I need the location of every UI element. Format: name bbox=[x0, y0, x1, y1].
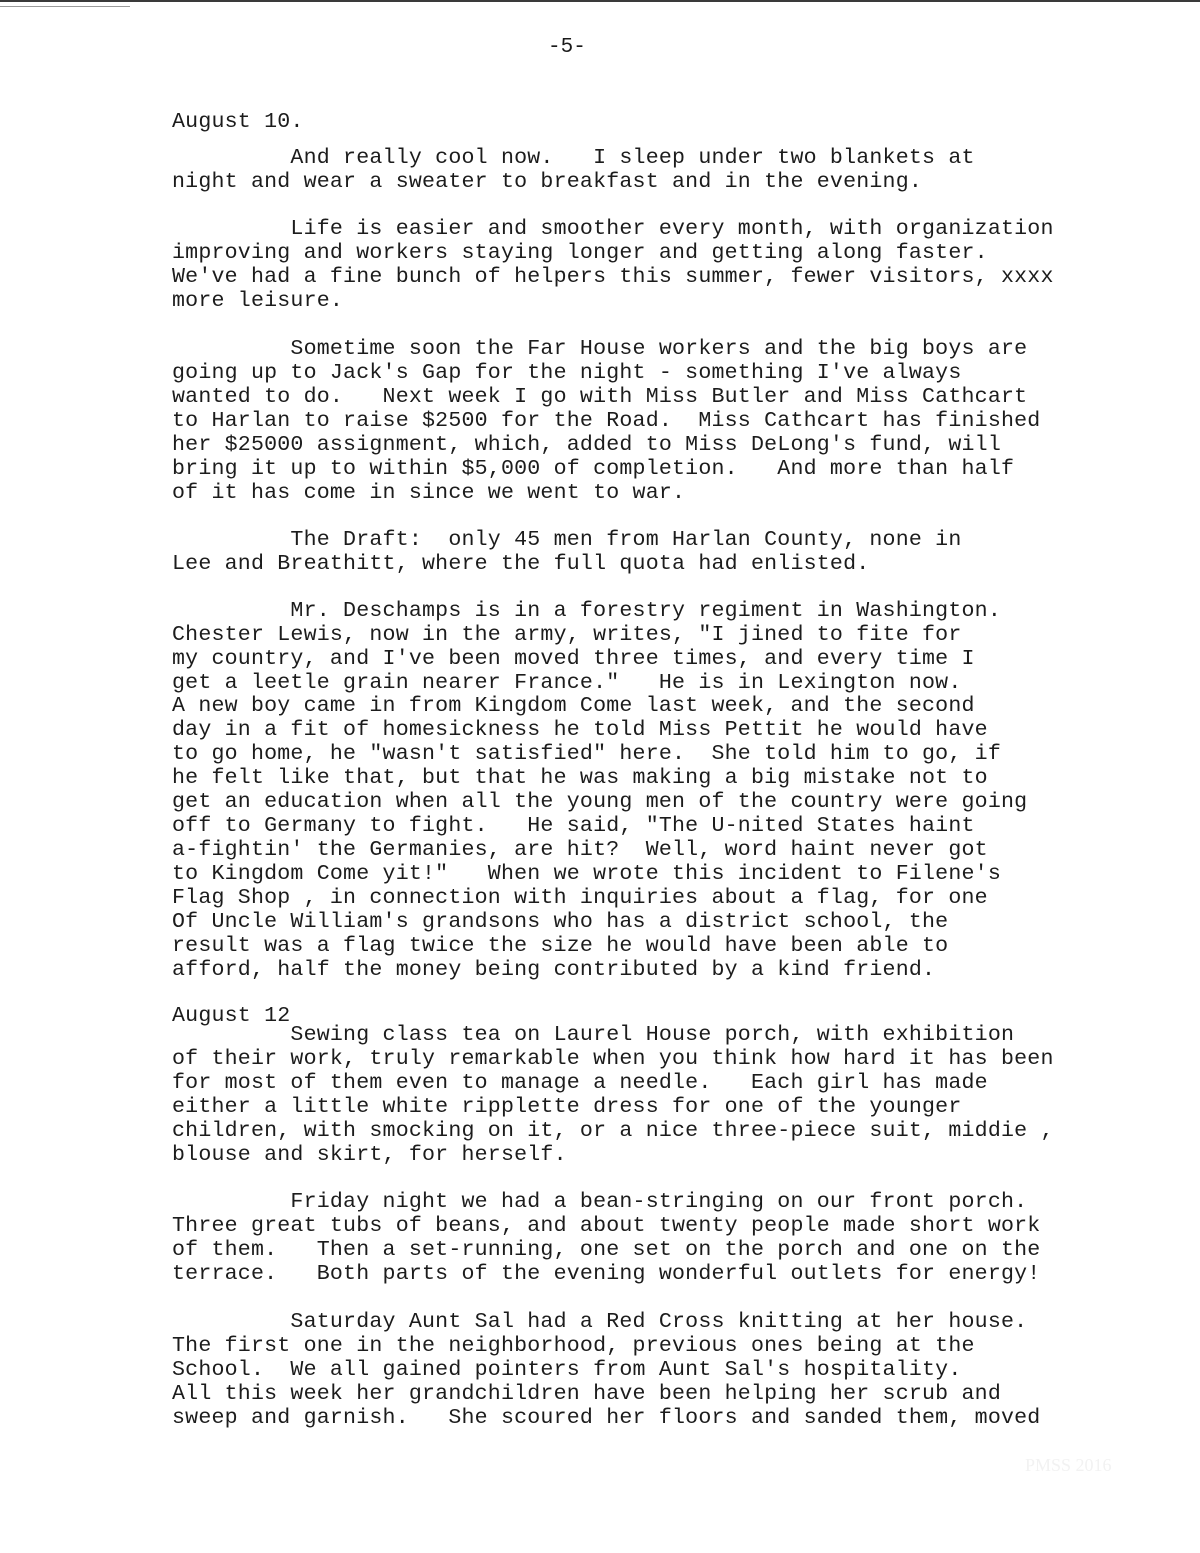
text-line: result was a flag twice the size he woul… bbox=[172, 934, 948, 958]
text-line: my country, and I've been moved three ti… bbox=[172, 647, 975, 671]
text-line: a-fightin' the Germanies, are hit? Well,… bbox=[172, 838, 988, 862]
text-line: her $25000 assignment, which, added to M… bbox=[172, 433, 1001, 457]
text-line: Saturday Aunt Sal had a Red Cross knitti… bbox=[172, 1310, 1027, 1334]
text-line: to Kingdom Come yit!" When we wrote this… bbox=[172, 862, 1001, 886]
text-line: Friday night we had a bean-stringing on … bbox=[172, 1190, 1027, 1214]
text-line: night and wear a sweater to breakfast an… bbox=[172, 170, 922, 194]
text-line: for most of them even to manage a needle… bbox=[172, 1071, 988, 1095]
text-line: he felt like that, but that he was makin… bbox=[172, 766, 988, 790]
text-line: We've had a fine bunch of helpers this s… bbox=[172, 265, 1054, 289]
text-line: improving and workers staying longer and… bbox=[172, 241, 988, 265]
text-line: children, with smocking on it, or a nice… bbox=[172, 1119, 1054, 1143]
text-line: terrace. Both parts of the evening wonde… bbox=[172, 1262, 1040, 1286]
text-line: Sewing class tea on Laurel House porch, … bbox=[172, 1023, 1014, 1047]
text-line: August 10. bbox=[172, 110, 304, 134]
text-line: get a leetle grain nearer France." He is… bbox=[172, 671, 962, 695]
text-line: blouse and skirt, for herself. bbox=[172, 1143, 567, 1167]
text-line: of them. Then a set-running, one set on … bbox=[172, 1238, 1040, 1262]
text-line: afford, half the money being contributed… bbox=[172, 958, 935, 982]
text-line: going up to Jack's Gap for the night - s… bbox=[172, 361, 962, 385]
text-line: And really cool now. I sleep under two b… bbox=[172, 146, 975, 170]
text-line: Life is easier and smoother every month,… bbox=[172, 217, 1054, 241]
text-line: A new boy came in from Kingdom Come last… bbox=[172, 694, 975, 718]
text-line: The first one in the neighborhood, previ… bbox=[172, 1334, 975, 1358]
text-line: to go home, he "wasn't satisfied" here. … bbox=[172, 742, 1001, 766]
text-line: either a little white ripplette dress fo… bbox=[172, 1095, 962, 1119]
text-line: sweep and garnish. She scoured her floor… bbox=[172, 1406, 1040, 1430]
scan-edge-line-secondary bbox=[0, 6, 130, 7]
text-line: day in a fit of homesickness he told Mis… bbox=[172, 718, 988, 742]
text-line: Flag Shop , in connection with inquiries… bbox=[172, 886, 988, 910]
text-line: Chester Lewis, now in the army, writes, … bbox=[172, 623, 962, 647]
text-line: Of Uncle William's grandsons who has a d… bbox=[172, 910, 948, 934]
text-line: Lee and Breathitt, where the full quota … bbox=[172, 552, 869, 576]
text-line: to Harlan to raise $2500 for the Road. M… bbox=[172, 409, 1040, 433]
text-line: wanted to do. Next week I go with Miss B… bbox=[172, 385, 1027, 409]
text-line: The Draft: only 45 men from Harlan Count… bbox=[172, 528, 962, 552]
text-line: Mr. Deschamps is in a forestry regiment … bbox=[172, 599, 1001, 623]
text-line: School. We all gained pointers from Aunt… bbox=[172, 1358, 962, 1382]
page-number: -5- bbox=[548, 36, 586, 59]
text-line: bring it up to within $5,000 of completi… bbox=[172, 457, 1014, 481]
text-line: Three great tubs of beans, and about twe… bbox=[172, 1214, 1040, 1238]
text-line: more leisure. bbox=[172, 289, 343, 313]
text-line: All this week her grandchildren have bee… bbox=[172, 1382, 1001, 1406]
text-line: get an education when all the young men … bbox=[172, 790, 1027, 814]
text-line: of it has come in since we went to war. bbox=[172, 481, 685, 505]
scan-edge-line bbox=[0, 0, 1200, 2]
text-line: of their work, truly remarkable when you… bbox=[172, 1047, 1054, 1071]
text-line: Sometime soon the Far House workers and … bbox=[172, 337, 1027, 361]
watermark: PMSS 2016 bbox=[1025, 1455, 1112, 1476]
text-line: off to Germany to fight. He said, "The U… bbox=[172, 814, 975, 838]
